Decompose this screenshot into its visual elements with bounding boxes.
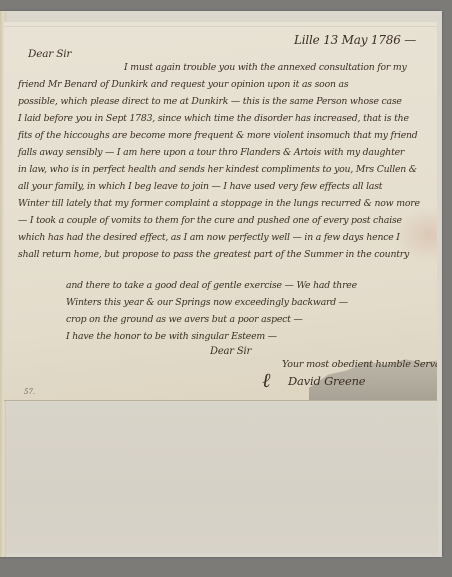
blank-backing-area [6,402,438,554]
signoff: Your most obedient humble Servant [282,359,437,370]
closing-salutation: Dear Sir [210,346,251,357]
date-line: Lille 13 May 1786 — [294,33,416,47]
signature-flourish: ℓ [262,368,270,393]
signature: David Greene [288,374,365,388]
body-line: falls away sensibly — I am here upon a t… [18,147,404,158]
body-line: I laid before you in Sept 1783, since wh… [18,113,409,124]
margin-folio-mark: 57. [24,388,35,396]
body-line: — I took a couple of vomits to them for … [18,215,402,226]
salutation: Dear Sir [28,48,71,60]
body-line: in law, who is in perfect health and sen… [18,164,417,175]
closing-line: crop on the ground as we avers but a poo… [66,314,303,325]
closing-line: I have the honor to be with singular Est… [66,331,277,342]
body-line: possible, which please direct to me at D… [18,96,402,107]
body-line: Winter till lately that my former compla… [18,198,420,209]
body-line: fits of the hiccoughs are become more fr… [18,130,418,141]
body-line: shall return home, but propose to pass t… [18,249,409,260]
closing-line: Winters this year & our Springs now exce… [66,297,348,308]
body-line: I must again trouble you with the annexe… [124,62,407,73]
body-line: friend Mr Benard of Dunkirk and request … [18,79,348,90]
letter-page: Lille 13 May 1786 — Dear Sir I must agai… [4,22,437,401]
body-line: all your family, in which I beg leave to… [18,181,382,192]
fold-line [4,26,437,27]
body-line: which has had the desired effect, as I a… [18,232,400,243]
closing-line: and there to take a good deal of gentle … [66,280,357,291]
